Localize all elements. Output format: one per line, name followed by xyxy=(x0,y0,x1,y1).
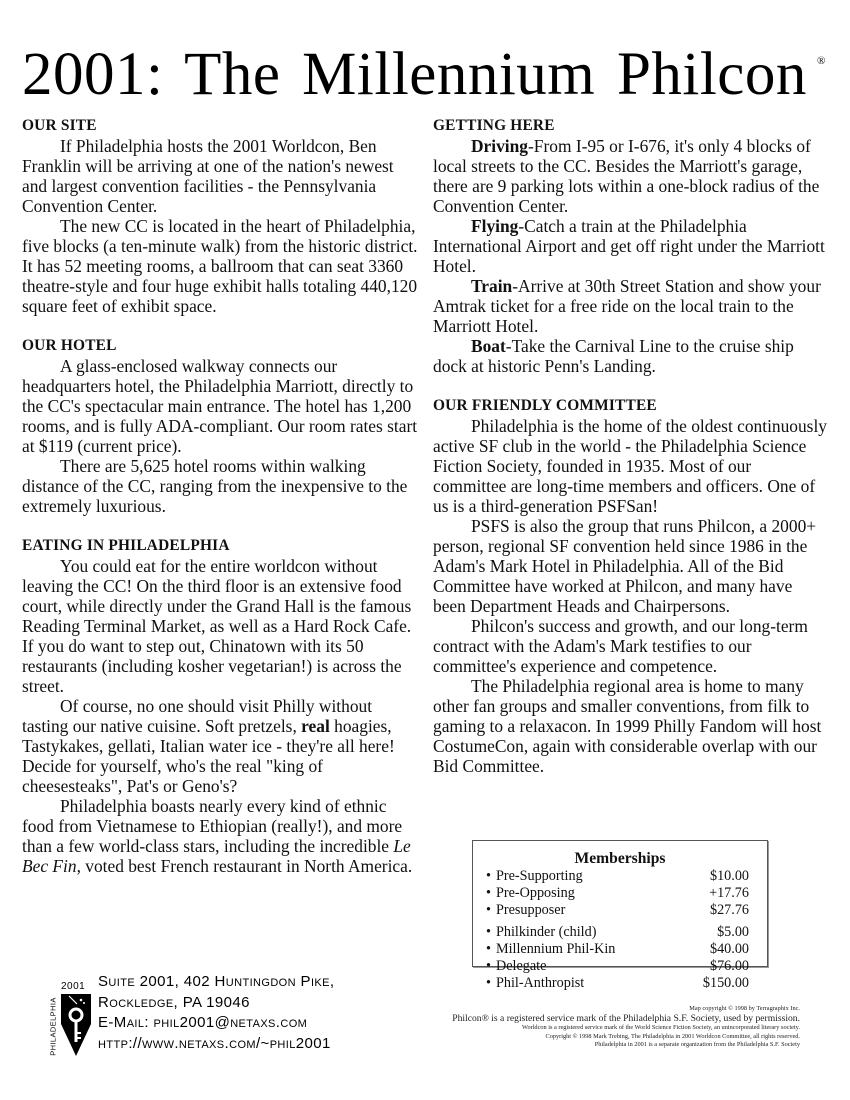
worldcon-trademark: Worldcon is a registered service mark of… xyxy=(380,1024,800,1033)
section-our-hotel: OUR HOTEL A glass-enclosed walkway conne… xyxy=(22,336,422,516)
membership-price: $10.00 xyxy=(710,868,749,885)
membership-price: $40.00 xyxy=(710,941,749,958)
registered-mark: ® xyxy=(817,56,826,67)
philcon-trademark: Philcon® is a registered service mark of… xyxy=(380,1013,800,1024)
membership-price: $27.76 xyxy=(710,902,749,919)
page-title: 2001: The Millennium Philcon ® xyxy=(22,42,832,108)
paragraph-flying: Flying-Catch a train at the Philadelphia… xyxy=(433,216,828,276)
membership-label: Presupposer xyxy=(486,902,565,919)
membership-label: Pre-Supporting xyxy=(486,868,583,885)
heading-our-site: OUR SITE xyxy=(22,116,422,136)
section-our-site: OUR SITE If Philadelphia hosts the 2001 … xyxy=(22,116,422,316)
section-getting-here: GETTING HERE Driving-From I-95 or I-676,… xyxy=(433,116,828,376)
mode-label: Flying xyxy=(471,216,518,236)
heading-eating: EATING IN PHILADELPHIA xyxy=(22,536,422,556)
section-eating: EATING IN PHILADELPHIA You could eat for… xyxy=(22,536,422,876)
paragraph-train: Train-Arrive at 30th Street Station and … xyxy=(433,276,828,336)
paragraph: There are 5,625 hotel rooms within walki… xyxy=(22,456,422,516)
paragraph: Philcon's success and growth, and our lo… xyxy=(433,616,828,676)
membership-label: Delegate xyxy=(486,958,546,975)
membership-price: $150.00 xyxy=(703,975,749,992)
key-diamond-icon xyxy=(47,982,97,1057)
paragraph-driving: Driving-From I-95 or I-676, it's only 4 … xyxy=(433,136,828,216)
membership-price: $76.00 xyxy=(710,958,749,975)
paragraph: The Philadelphia regional area is home t… xyxy=(433,676,828,776)
text-run: , voted best French restaurant in North … xyxy=(77,856,413,876)
mode-label: Driving xyxy=(471,136,528,156)
right-column: GETTING HERE Driving-From I-95 or I-676,… xyxy=(433,116,828,796)
map-copyright: Map copyright © 1998 by Terragraphix Inc… xyxy=(380,1004,800,1013)
paragraph: The new CC is located in the heart of Ph… xyxy=(22,216,422,316)
address-line-2: Rockledge, PA 19046 xyxy=(98,993,418,1014)
section-committee: OUR FRIENDLY COMMITTEE Philadelphia is t… xyxy=(433,396,828,776)
membership-label: Millennium Phil-Kin xyxy=(486,941,615,958)
email-link[interactable]: phil2001@netaxs.com xyxy=(154,1014,308,1031)
email-line: E-Mail: phil2001@netaxs.com xyxy=(98,1013,418,1034)
philadelphia-2001-logo: 2001 PHILADELPHIA xyxy=(47,982,97,1057)
heading-committee: OUR FRIENDLY COMMITTEE xyxy=(433,396,828,416)
membership-price: +17.76 xyxy=(709,885,749,902)
paragraph: If Philadelphia hosts the 2001 Worldcon,… xyxy=(22,136,422,216)
separate-org-notice: Philadelphia in 2001 is a separate organ… xyxy=(380,1041,800,1050)
contact-block: Suite 2001, 402 Huntingdon Pike, Rockled… xyxy=(98,972,418,1054)
memberships-box: Memberships Pre-Supporting$10.00 Pre-Opp… xyxy=(472,840,768,967)
title-text: 2001: The Millennium Philcon xyxy=(22,41,807,108)
paragraph: Philadelphia boasts nearly every kind of… xyxy=(22,796,422,876)
copyright-notice: Copyright © 1998 Mark Trebing, The Phila… xyxy=(380,1033,800,1042)
membership-label: Pre-Opposing xyxy=(486,885,575,902)
mode-label: Train xyxy=(471,276,512,296)
membership-row: Delegate$76.00 xyxy=(473,958,767,975)
paragraph: Philadelphia is the home of the oldest c… xyxy=(433,416,828,516)
emphasis-real: real xyxy=(301,716,330,736)
legal-notices: Map copyright © 1998 by Terragraphix Inc… xyxy=(380,1004,800,1050)
paragraph-boat: Boat-Take the Carnival Line to the cruis… xyxy=(433,336,828,376)
membership-row: Presupposer$27.76 xyxy=(473,902,767,919)
membership-row: Philkinder (child)$5.00 xyxy=(473,924,767,941)
paragraph: A glass-enclosed walkway connects our he… xyxy=(22,356,422,456)
website-link[interactable]: http://www.netaxs.com/~phil2001 xyxy=(98,1034,418,1055)
address-line-1: Suite 2001, 402 Huntingdon Pike, xyxy=(98,972,418,993)
membership-label: Phil-Anthropist xyxy=(486,975,584,992)
email-label: E-Mail: xyxy=(98,1014,154,1031)
memberships-title: Memberships xyxy=(473,850,767,868)
membership-row: Millennium Phil-Kin$40.00 xyxy=(473,941,767,958)
text-run: Philadelphia boasts nearly every kind of… xyxy=(22,796,402,856)
membership-row: Pre-Opposing+17.76 xyxy=(473,885,767,902)
membership-row: Pre-Supporting$10.00 xyxy=(473,868,767,885)
heading-getting-here: GETTING HERE xyxy=(433,116,828,136)
paragraph: PSFS is also the group that runs Philcon… xyxy=(433,516,828,616)
membership-price: $5.00 xyxy=(717,924,749,941)
heading-our-hotel: OUR HOTEL xyxy=(22,336,422,356)
paragraph: You could eat for the entire worldcon wi… xyxy=(22,556,422,696)
membership-label: Philkinder (child) xyxy=(486,924,596,941)
left-column: OUR SITE If Philadelphia hosts the 2001 … xyxy=(22,116,422,896)
mode-label: Boat xyxy=(471,336,506,356)
membership-row: Phil-Anthropist$150.00 xyxy=(473,975,767,992)
paragraph: Of course, no one should visit Philly wi… xyxy=(22,696,422,796)
